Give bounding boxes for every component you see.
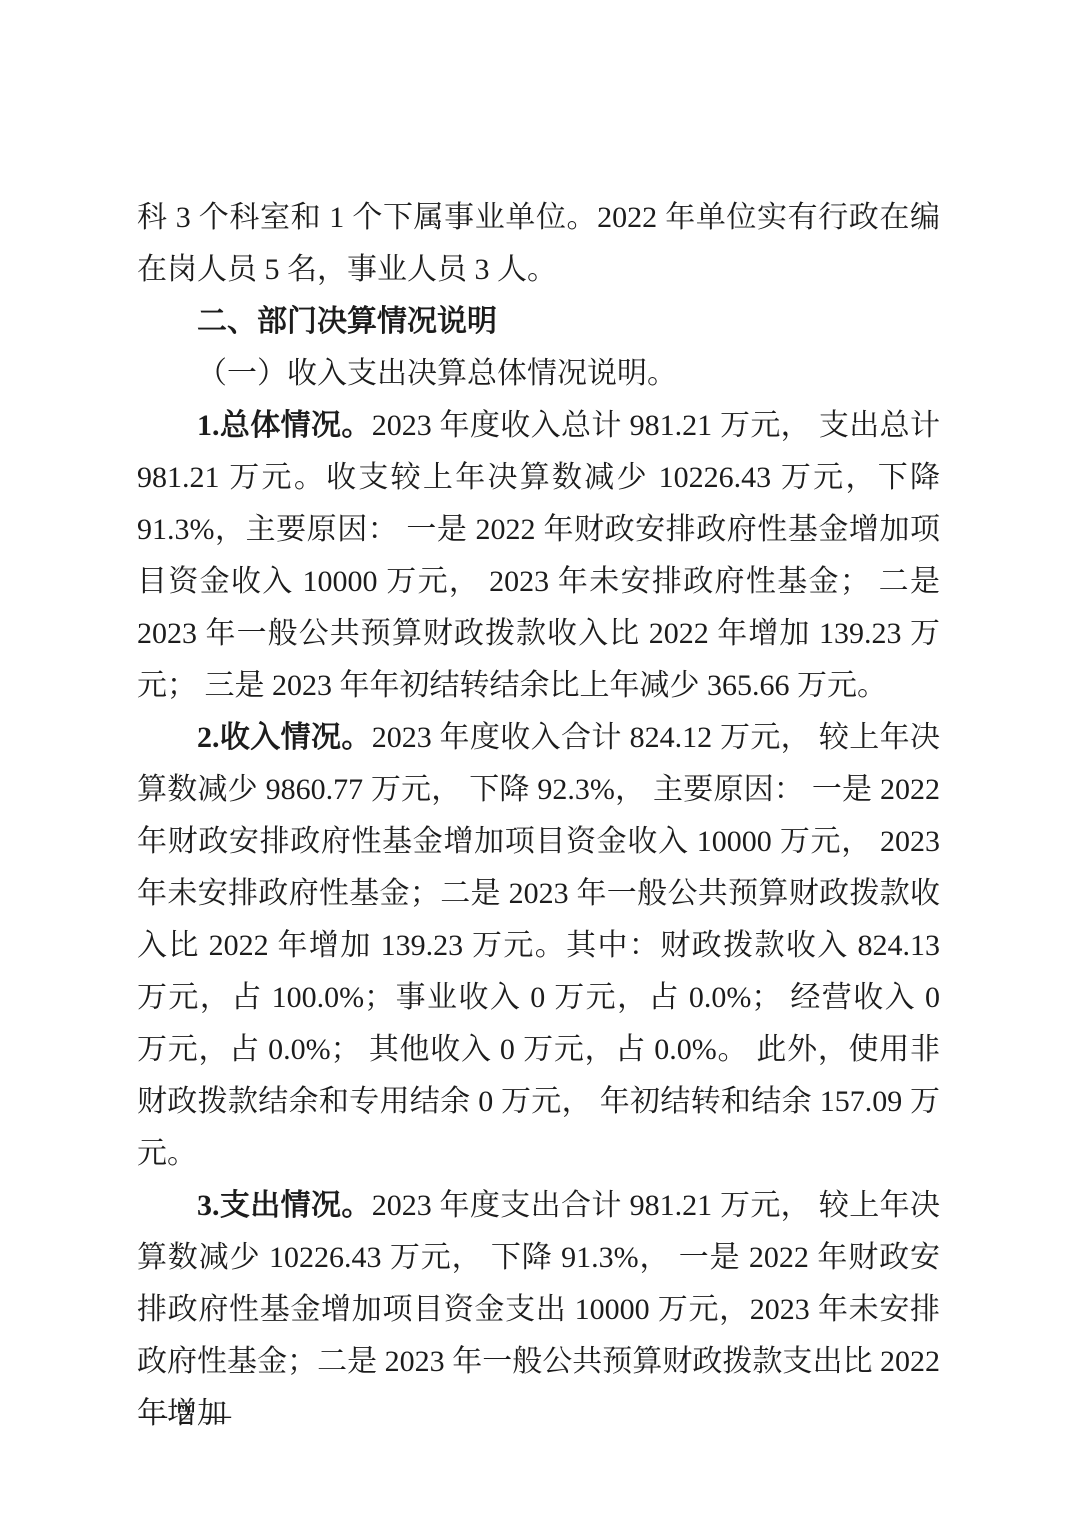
paragraph-overall-text: 2023 年度收入总计 981.21 万元， 支出总计 981.21 万元。收支… bbox=[137, 409, 940, 702]
document-body: 科 3 个科室和 1 个下属事业单位。2022 年单位实有行政在编在岗人员 5 … bbox=[137, 192, 940, 1440]
subsection-heading: （一）收入支出决算总体情况说明。 bbox=[137, 348, 940, 400]
document-page: 科 3 个科室和 1 个下属事业单位。2022 年单位实有行政在编在岗人员 5 … bbox=[0, 0, 1075, 1520]
section-heading: 二、部门决算情况说明 bbox=[137, 296, 940, 348]
paragraph-overall-lead: 1.总体情况。 bbox=[197, 409, 372, 442]
paragraph-income-situation: 2.收入情况。2023 年度收入合计 824.12 万元， 较上年决算数减少 9… bbox=[137, 712, 940, 1180]
paragraph-income-lead: 2.收入情况。 bbox=[197, 721, 372, 754]
paragraph-overall-situation: 1.总体情况。2023 年度收入总计 981.21 万元， 支出总计 981.2… bbox=[137, 400, 940, 712]
paragraph-continuation: 科 3 个科室和 1 个下属事业单位。2022 年单位实有行政在编在岗人员 5 … bbox=[137, 192, 940, 296]
paragraph-expenditure-situation: 3.支出情况。2023 年度支出合计 981.21 万元， 较上年决算数减少 1… bbox=[137, 1180, 940, 1440]
page-number: — 2 — bbox=[139, 1396, 233, 1436]
paragraph-income-text: 2023 年度收入合计 824.12 万元， 较上年决算数减少 9860.77 … bbox=[137, 721, 940, 1170]
paragraph-expenditure-lead: 3.支出情况。 bbox=[197, 1189, 372, 1222]
paragraph-expenditure-text: 2023 年度支出合计 981.21 万元， 较上年决算数减少 10226.43… bbox=[137, 1189, 940, 1430]
